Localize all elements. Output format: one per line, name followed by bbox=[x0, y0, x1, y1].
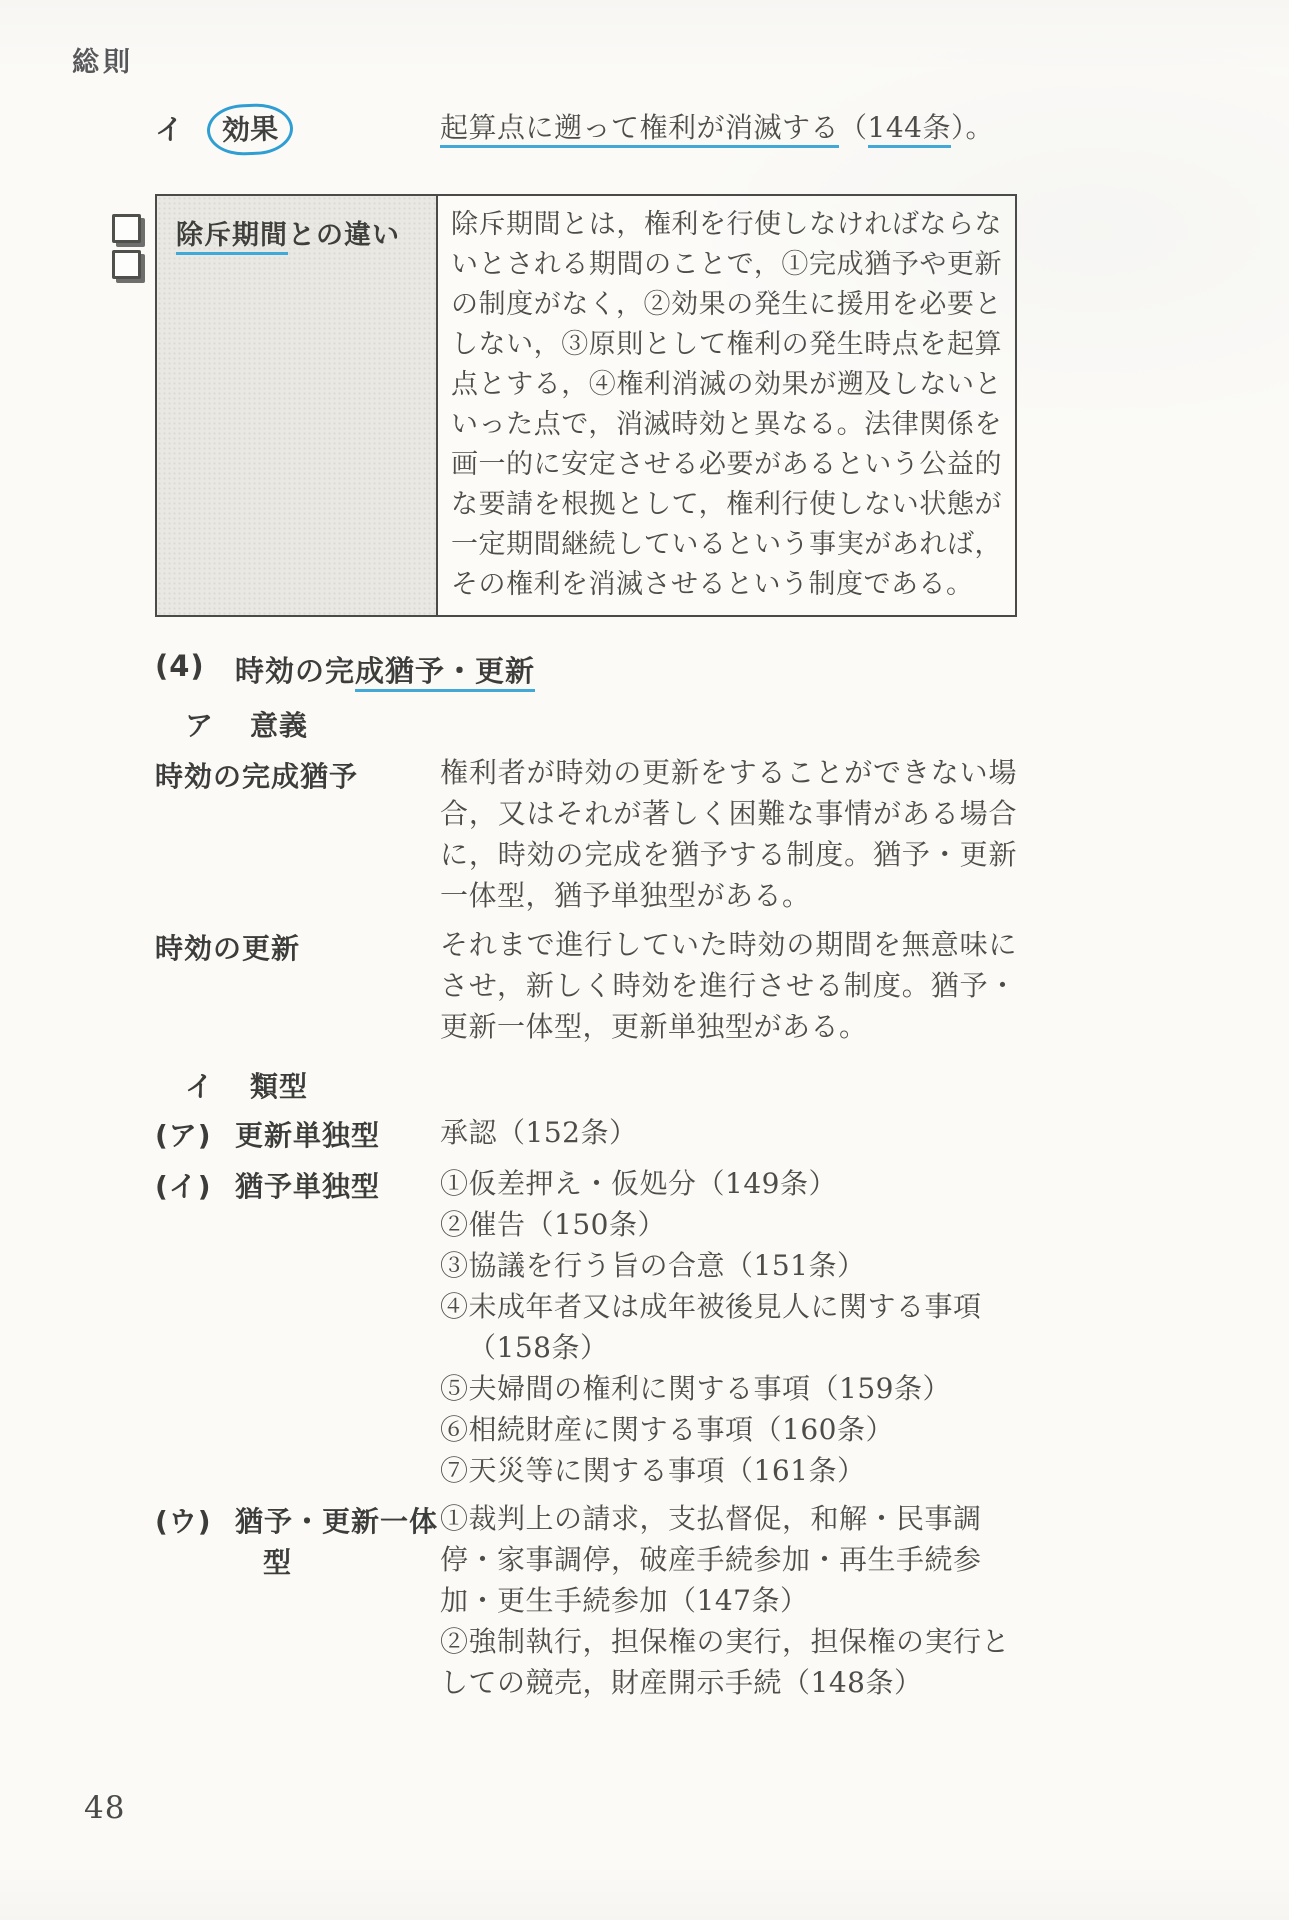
subsection-marker: ア bbox=[185, 704, 214, 744]
effect-line: イ 効果 起算点に遡って権利が消滅する（144条）。 bbox=[155, 104, 1017, 156]
period: 。 bbox=[966, 111, 995, 144]
definition-term: 時効の完成猶予 bbox=[155, 752, 440, 916]
underlined-title-part: 除斥期間 bbox=[176, 220, 288, 255]
definition-description: それまで進行していた時効の期間を無意味にさせ，新しく時効を進行させる制度。猶予・… bbox=[440, 924, 1017, 1047]
subsection-marker: イ bbox=[185, 1065, 214, 1105]
title-rest: との違い bbox=[288, 220, 400, 251]
type-row: (ア) 更新単独型 承認（152条） bbox=[155, 1112, 1017, 1156]
effect-label: イ 効果 bbox=[155, 104, 440, 155]
page-number: 48 bbox=[84, 1790, 125, 1826]
list-item: ⑤夫婦間の権利に関する事項（159条） bbox=[440, 1368, 1017, 1409]
list-item: ②強制執行，担保権の実行，担保権の実行としての競売，財産開示手続（148条） bbox=[440, 1621, 1017, 1703]
definition-term: 時効の更新 bbox=[155, 924, 440, 1047]
type-marker: (イ) bbox=[155, 1163, 235, 1491]
subsection-title: 意義 bbox=[250, 704, 308, 744]
section-title: 時効の完成猶予・更新 bbox=[235, 649, 535, 690]
list-item: ①裁判上の請求，支払督促，和解・民事調停・家事調停，破産手続参加・再生手続参加・… bbox=[440, 1498, 1017, 1621]
list-item: ⑦天災等に関する事項（161条） bbox=[440, 1450, 1017, 1491]
type-row: (イ) 猶予単独型 ①仮差押え・仮処分（149条） ②催告（150条） ③協議を… bbox=[155, 1163, 1017, 1491]
section-title-underlined: 成猶予・更新 bbox=[355, 654, 535, 692]
section-title-prefix: 時効の完 bbox=[235, 654, 355, 688]
subsection-title: 類型 bbox=[250, 1065, 308, 1105]
comparison-box: 除斥期間との違い 除斥期間とは，権利を行使しなければならないとされる期間のことで… bbox=[155, 194, 1017, 617]
item-marker: イ bbox=[155, 104, 207, 148]
definition-description: 権利者が時効の更新をすることができない場合，又はそれが著しく困難な事情がある場合… bbox=[440, 752, 1017, 916]
subsection-heading-a: ア 意義 bbox=[185, 704, 1017, 744]
list-item: ①仮差押え・仮処分（149条） bbox=[440, 1163, 1017, 1204]
comparison-box-title-cell: 除斥期間との違い bbox=[157, 196, 438, 615]
list-item: ②催告（150条） bbox=[440, 1204, 1017, 1245]
type-marker: (ウ) bbox=[155, 1498, 235, 1703]
paren-close: ） bbox=[951, 111, 966, 144]
effect-text: 起算点に遡って権利が消滅する（144条）。 bbox=[440, 104, 1017, 150]
definition-row: 時効の更新 それまで進行していた時効の期間を無意味にさせ，新しく時効を進行させる… bbox=[155, 924, 1017, 1047]
type-items: 承認（152条） bbox=[440, 1112, 1017, 1156]
comparison-box-body: 除斥期間とは，権利を行使しなければならないとされる期間のことで，①完成猶予や更新… bbox=[438, 196, 1015, 615]
list-item: ③協議を行う旨の合意（151条） bbox=[440, 1245, 1017, 1286]
main-column: イ 効果 起算点に遡って権利が消滅する（144条）。 除斥期間との違い 除斥期間… bbox=[155, 104, 1017, 1703]
type-label: 更新単独型 bbox=[235, 1112, 440, 1156]
type-items: ①裁判上の請求，支払督促，和解・民事調停・家事調停，破産手続参加・再生手続参加・… bbox=[440, 1498, 1017, 1703]
article-reference: 144条 bbox=[868, 111, 951, 148]
subsection-heading-i: イ 類型 bbox=[185, 1065, 1017, 1105]
definition-row: 時効の完成猶予 権利者が時効の更新をすることができない場合，又はそれが著しく困難… bbox=[155, 752, 1017, 916]
type-row: (ウ) 猶予・更新一体型 ①裁判上の請求，支払督促，和解・民事調停・家事調停，破… bbox=[155, 1498, 1017, 1703]
list-item: ④未成年者又は成年被後見人に関する事項（158条） bbox=[440, 1286, 1017, 1368]
type-label: 猶予・更新一体型 bbox=[235, 1498, 440, 1703]
type-marker: (ア) bbox=[155, 1112, 235, 1156]
checkbox-icon[interactable] bbox=[112, 250, 141, 279]
type-items: ①仮差押え・仮処分（149条） ②催告（150条） ③協議を行う旨の合意（151… bbox=[440, 1163, 1017, 1491]
underlined-text: 起算点に遡って権利が消滅する bbox=[440, 111, 839, 148]
running-head: 総則 bbox=[72, 40, 134, 79]
section-heading: (4) 時効の完成猶予・更新 bbox=[155, 649, 1017, 690]
list-item: ⑥相続財産に関する事項（160条） bbox=[440, 1409, 1017, 1450]
checkbox-icon[interactable] bbox=[112, 214, 141, 243]
type-label: 猶予単独型 bbox=[235, 1163, 440, 1491]
textbook-page: 総則 イ 効果 起算点に遡って権利が消滅する（144条）。 除斥期間との違い 除… bbox=[0, 0, 1289, 1920]
circled-term-annotation: 効果 bbox=[206, 103, 294, 157]
paren-open: （ bbox=[839, 111, 868, 144]
list-item: 承認（152条） bbox=[440, 1112, 1017, 1153]
section-number: (4) bbox=[155, 649, 235, 690]
